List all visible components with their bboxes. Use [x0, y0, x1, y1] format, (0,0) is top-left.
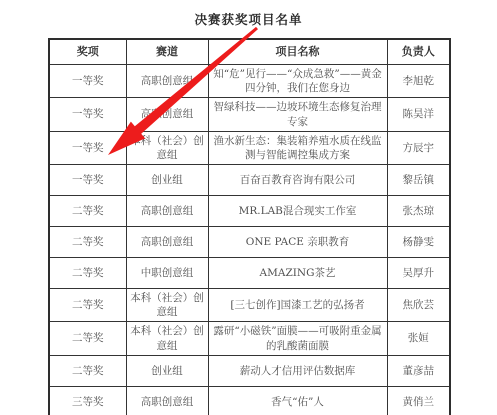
cell-leader: 杨静雯: [387, 227, 450, 258]
cell-project: [三七创作]国漆工艺的弘扬者: [208, 289, 387, 322]
cell-track: 本科（社会）创意组: [126, 322, 208, 355]
table-row: 一等奖 创业组 百奋百教育咨询有限公司 黎岳镇: [49, 165, 450, 196]
cell-leader: 焦欣芸: [387, 289, 450, 322]
cell-project: 知“危”见行——“众成急救”——黄金四分钟，我们在您身边: [208, 65, 387, 98]
cell-track: 高职创意组: [126, 196, 208, 227]
cell-award: 一等奖: [49, 165, 126, 196]
cell-project: 露研“小磁铁”面膜——可吸附重金属的乳酸菌面膜: [208, 322, 387, 355]
cell-award: 二等奖: [49, 289, 126, 322]
cell-award: 二等奖: [49, 196, 126, 227]
cell-project: 智绿科技——边坡环境生态修复治理专家: [208, 98, 387, 131]
cell-track: 高职创意组: [126, 65, 208, 98]
table-row: 一等奖 高职创意组 知“危”见行——“众成急救”——黄金四分钟，我们在您身边 李…: [49, 65, 450, 98]
table-row: 一等奖 高职创意组 智绿科技——边坡环境生态修复治理专家 陈昊洋: [49, 98, 450, 131]
cell-award: 二等奖: [49, 258, 126, 289]
cell-track: 创业组: [126, 165, 208, 196]
cell-project: 渔水新生态：集装箱养殖水质在线监测与智能调控集成方案: [208, 131, 387, 164]
table-row: 一等奖 本科（社会）创意组 渔水新生态：集装箱养殖水质在线监测与智能调控集成方案…: [49, 131, 450, 164]
table-row: 二等奖 高职创意组 ONE PACE 亲职教育 杨静雯: [49, 227, 450, 258]
col-header-track: 赛道: [126, 39, 208, 65]
awards-table: 奖项 赛道 项目名称 负责人 一等奖 高职创意组 知“危”见行——“众成急救”—…: [48, 38, 451, 415]
cell-track: 高职创意组: [126, 98, 208, 131]
cell-track: 本科（社会）创意组: [126, 289, 208, 322]
table-row: 二等奖 创业组 薪动人才信用评估数据库 董彦喆: [49, 355, 450, 386]
table-row: 二等奖 本科（社会）创意组 [三七创作]国漆工艺的弘扬者 焦欣芸: [49, 289, 450, 322]
cell-project: 香气“佑”人: [208, 386, 387, 415]
cell-project: MR.LAB混合现实工作室: [208, 196, 387, 227]
cell-project: ONE PACE 亲职教育: [208, 227, 387, 258]
cell-award: 二等奖: [49, 355, 126, 386]
col-header-project: 项目名称: [208, 39, 387, 65]
cell-leader: 方辰宇: [387, 131, 450, 164]
cell-award: 二等奖: [49, 227, 126, 258]
cell-leader: 张杰琼: [387, 196, 450, 227]
table-row: 二等奖 高职创意组 MR.LAB混合现实工作室 张杰琼: [49, 196, 450, 227]
cell-project: 薪动人才信用评估数据库: [208, 355, 387, 386]
cell-leader: 董彦喆: [387, 355, 450, 386]
page-title: 决赛获奖项目名单: [0, 10, 497, 28]
header-row: 奖项 赛道 项目名称 负责人: [49, 39, 450, 65]
cell-leader: 黄俏兰: [387, 386, 450, 415]
cell-leader: 李旭乾: [387, 65, 450, 98]
document-page: 决赛获奖项目名单 奖项 赛道 项目名称 负责人 一等奖 高职创意组 知“危”见行…: [0, 0, 497, 415]
table-row: 二等奖 本科（社会）创意组 露研“小磁铁”面膜——可吸附重金属的乳酸菌面膜 张姮: [49, 322, 450, 355]
cell-leader: 黎岳镇: [387, 165, 450, 196]
cell-leader: 张姮: [387, 322, 450, 355]
cell-track: 本科（社会）创意组: [126, 131, 208, 164]
cell-award: 一等奖: [49, 65, 126, 98]
cell-award: 三等奖: [49, 386, 126, 415]
col-header-award: 奖项: [49, 39, 126, 65]
cell-track: 高职创意组: [126, 227, 208, 258]
table-row: 三等奖 高职创意组 香气“佑”人 黄俏兰: [49, 386, 450, 415]
cell-project: 百奋百教育咨询有限公司: [208, 165, 387, 196]
cell-leader: 吴厚升: [387, 258, 450, 289]
cell-leader: 陈昊洋: [387, 98, 450, 131]
col-header-leader: 负责人: [387, 39, 450, 65]
cell-project: AMAZING茶艺: [208, 258, 387, 289]
table-row: 二等奖 中职创意组 AMAZING茶艺 吴厚升: [49, 258, 450, 289]
cell-track: 创业组: [126, 355, 208, 386]
cell-award: 二等奖: [49, 322, 126, 355]
cell-track: 中职创意组: [126, 258, 208, 289]
cell-track: 高职创意组: [126, 386, 208, 415]
cell-award: 一等奖: [49, 131, 126, 164]
cell-award: 一等奖: [49, 98, 126, 131]
